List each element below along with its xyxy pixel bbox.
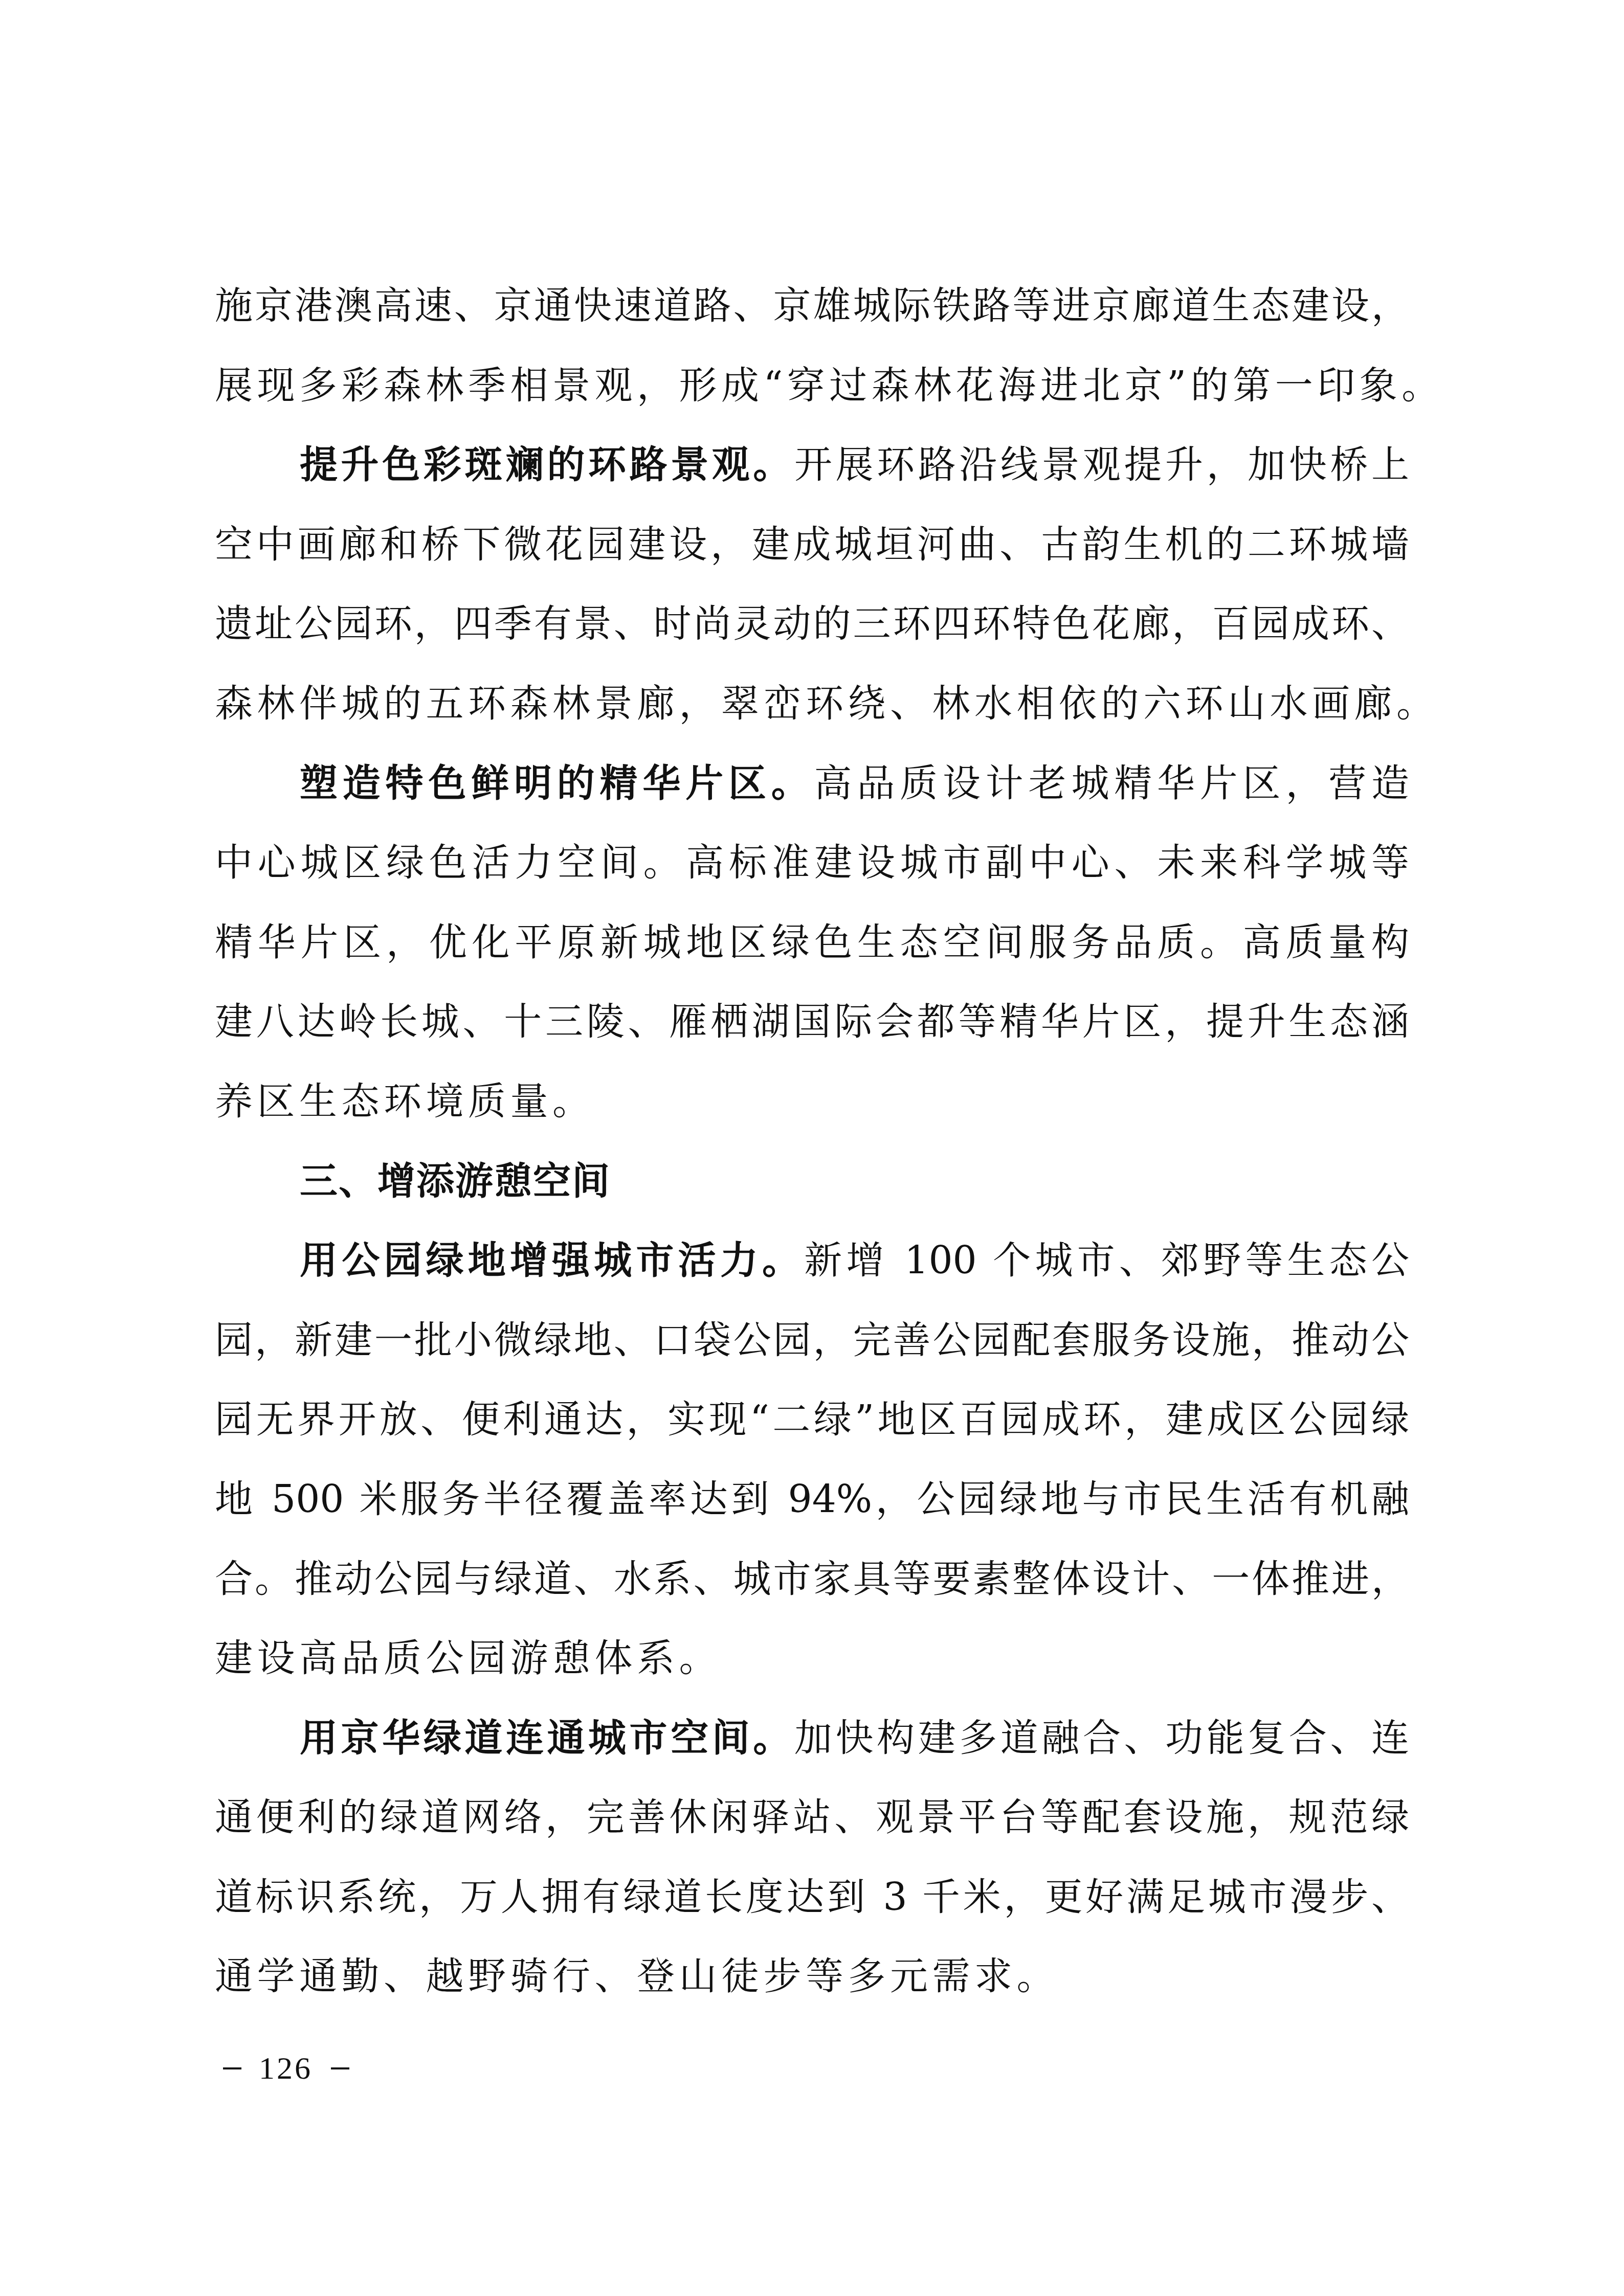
section-heading: 三、增添游憩空间 bbox=[215, 1156, 1409, 1235]
paragraph-text: 加快构建多道融合、功能复合、连 bbox=[794, 1716, 1409, 1760]
paragraph-lead-heading: 用京华绿道连通城市空间。 bbox=[300, 1716, 794, 1760]
paragraph-line: 建八达岭长城、十三陵、雁栖湖国际会都等精华片区，提升生态涵 bbox=[215, 996, 1409, 1076]
document-body: 施京港澳高速、京通快速道路、京雄城际铁路等进京廊道生态建设， 展现多彩森林季相景… bbox=[215, 280, 1409, 2031]
page-number: 126 bbox=[223, 2048, 349, 2089]
paragraph-line: 中心城区绿色活力空间。高标准建设城市副中心、未来科学城等 bbox=[215, 837, 1409, 917]
paragraph-first-line: 用公园绿地增强城市活力。新增 100 个城市、郊野等生态公 bbox=[215, 1235, 1409, 1315]
paragraph-first-line: 塑造特色鲜明的精华片区。高品质设计老城精华片区，营造 bbox=[215, 758, 1409, 838]
paragraph-line: 通学通勤、越野骑行、登山徒步等多元需求。 bbox=[215, 1951, 1409, 2031]
paragraph-line: 养区生态环境质量。 bbox=[215, 1076, 1409, 1156]
paragraph-line: 合。推动公园与绿道、水系、城市家具等要素整体设计、一体推进， bbox=[215, 1554, 1409, 1633]
document-page: 施京港澳高速、京通快速道路、京雄城际铁路等进京廊道生态建设， 展现多彩森林季相景… bbox=[0, 0, 1624, 2296]
paragraph-text: 高品质设计老城精华片区，营造 bbox=[814, 761, 1409, 805]
paragraph-line: 空中画廊和桥下微花园建设，建成城垣河曲、古韵生机的二环城墙 bbox=[215, 519, 1409, 599]
paragraph-line: 通便利的绿道网络，完善休闲驿站、观景平台等配套设施，规范绿 bbox=[215, 1792, 1409, 1872]
paragraph-line: 园，新建一批小微绿地、口袋公园，完善公园配套服务设施，推动公 bbox=[215, 1315, 1409, 1394]
paragraph-line: 地 500 米服务半径覆盖率达到 94%，公园绿地与市民生活有机融 bbox=[215, 1474, 1409, 1554]
paragraph-lead-heading: 提升色彩斑斓的环路景观。 bbox=[300, 443, 794, 487]
paragraph-text: 新增 100 个城市、郊野等生态公 bbox=[804, 1239, 1409, 1282]
paragraph-line: 遗址公园环，四季有景、时尚灵动的三环四环特色花廊，百园成环、 bbox=[215, 598, 1409, 678]
paragraph-lead-heading: 塑造特色鲜明的精华片区。 bbox=[300, 761, 814, 805]
paragraph-first-line: 提升色彩斑斓的环路景观。开展环路沿线景观提升，加快桥上 bbox=[215, 439, 1409, 519]
page-number-dash-left bbox=[223, 2067, 241, 2069]
paragraph-line: 建设高品质公园游憩体系。 bbox=[215, 1633, 1409, 1713]
paragraph-line: 森林伴城的五环森林景廊，翠峦环绕、林水相依的六环山水画廊。 bbox=[215, 678, 1409, 758]
page-number-dash-right bbox=[331, 2067, 349, 2069]
paragraph-line: 道标识系统，万人拥有绿道长度达到 3 千米，更好满足城市漫步、 bbox=[215, 1872, 1409, 1951]
paragraph-text: 开展环路沿线景观提升，加快桥上 bbox=[794, 443, 1409, 487]
paragraph-line: 展现多彩森林季相景观，形成“穿过森林花海进北京”的第一印象。 bbox=[215, 360, 1409, 440]
paragraph-first-line: 用京华绿道连通城市空间。加快构建多道融合、功能复合、连 bbox=[215, 1713, 1409, 1792]
page-number-value: 126 bbox=[259, 2048, 313, 2089]
paragraph-line: 施京港澳高速、京通快速道路、京雄城际铁路等进京廊道生态建设， bbox=[215, 280, 1409, 360]
paragraph-lead-heading: 用公园绿地增强城市活力。 bbox=[300, 1239, 804, 1282]
paragraph-line: 园无界开放、便利通达，实现“二绿”地区百园成环，建成区公园绿 bbox=[215, 1394, 1409, 1474]
paragraph-line: 精华片区，优化平原新城地区绿色生态空间服务品质。高质量构 bbox=[215, 917, 1409, 997]
